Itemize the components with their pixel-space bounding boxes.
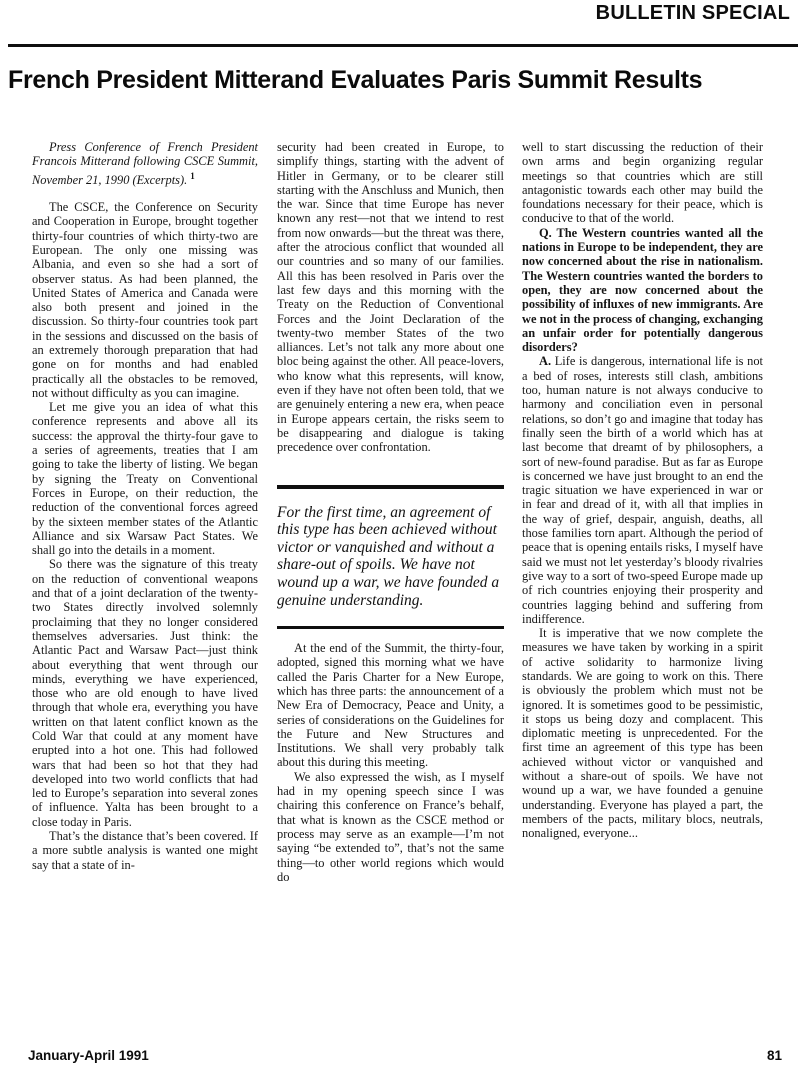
question-paragraph: Q. The Western countries wanted all the … bbox=[522, 226, 763, 355]
paragraph-agreements: Let me give you an idea of what this con… bbox=[32, 400, 258, 557]
paragraph-arms-continuation: well to start discussing the reduction o… bbox=[522, 140, 763, 226]
paragraph-paris-charter: At the end of the Summit, the thirty-fou… bbox=[277, 641, 504, 770]
paragraph-csce-overview: The CSCE, the Conference on Security and… bbox=[32, 200, 258, 400]
column-1: Press Conference of French President Fra… bbox=[32, 140, 258, 872]
masthead: BULLETIN SPECIAL bbox=[596, 2, 790, 25]
paragraph-distance-covered: That’s the distance that’s been covered.… bbox=[32, 829, 258, 872]
article-title: French President Mitterand Evaluates Par… bbox=[8, 66, 796, 95]
answer-label: A. bbox=[539, 354, 551, 368]
pull-quote-rule-bottom bbox=[277, 626, 504, 629]
paragraph-csce-method: We also expressed the wish, as I myself … bbox=[277, 770, 504, 884]
footnote-marker: 1 bbox=[190, 171, 195, 181]
paragraph-imperative-closing: It is imperative that we now complete th… bbox=[522, 626, 763, 840]
answer-paragraph: A. Life is dangerous, international life… bbox=[522, 354, 763, 626]
footer-page-number: 81 bbox=[767, 1048, 782, 1063]
bulletin-page: BULLETIN SPECIAL French President Mitter… bbox=[0, 0, 800, 1085]
footer-issue-date: January-April 1991 bbox=[28, 1048, 149, 1063]
paragraph-treaty-signature: So there was the signature of this treat… bbox=[32, 557, 258, 829]
intro-citation-text: Press Conference of French President Fra… bbox=[32, 140, 258, 187]
paragraph-security-continuation: security had been created in Europe, to … bbox=[277, 140, 504, 455]
pull-quote-block: For the first time, an agreement of this… bbox=[277, 485, 504, 630]
header-rule bbox=[8, 44, 798, 47]
column-3: well to start discussing the reduction o… bbox=[522, 140, 763, 841]
column-2: security had been created in Europe, to … bbox=[277, 140, 504, 884]
pull-quote-text: For the first time, an agreement of this… bbox=[277, 489, 504, 627]
answer-text: Life is dangerous, international life is… bbox=[522, 354, 763, 625]
intro-citation: Press Conference of French President Fra… bbox=[32, 140, 258, 187]
